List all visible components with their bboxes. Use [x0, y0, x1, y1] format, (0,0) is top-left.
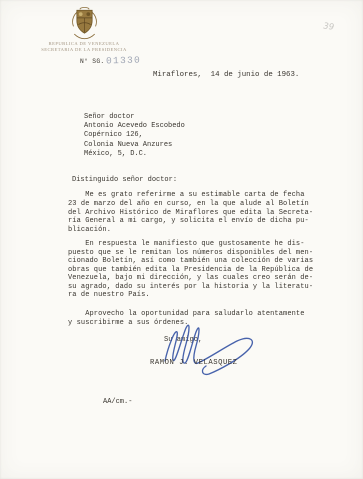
body-paragraph-1: Me es grato referirme a su estimable car… [68, 191, 313, 235]
handwritten-signature-icon [153, 319, 265, 381]
coat-of-arms-icon [69, 6, 100, 40]
recipient-line: Copérnico 126, [84, 131, 185, 140]
signer-name: RAMON J. VELASQUEZ [150, 359, 238, 367]
typist-initials: AA/cm.- [103, 398, 132, 406]
scanned-letter-page: REPUBLICA DE VENEZUELA SECRETARIA DE LA … [0, 0, 363, 479]
pencil-page-number: 39 [322, 21, 336, 32]
recipient-line: Señor doctor [84, 113, 185, 122]
body-paragraph-2: En respuesta le manifiesto que gustosame… [68, 240, 313, 300]
date-line: Miraflores, 14 de junio de 1963. [153, 71, 299, 79]
reference-number-stamp: 01330 [106, 55, 141, 67]
recipient-line: Antonio Acevedo Escobedo [84, 122, 185, 131]
recipient-block: Señor doctor Antonio Acevedo Escobedo Co… [84, 113, 185, 159]
salutation: Distinguido señor doctor: [72, 176, 177, 184]
letterhead-org-line2: SECRETARIA DE LA PRESIDENCIA [29, 47, 139, 53]
recipient-line: México, 5, D.C. [84, 150, 185, 159]
recipient-line: Colonia Nueva Anzures [84, 141, 185, 150]
reference-label: N° SG. [80, 58, 104, 65]
